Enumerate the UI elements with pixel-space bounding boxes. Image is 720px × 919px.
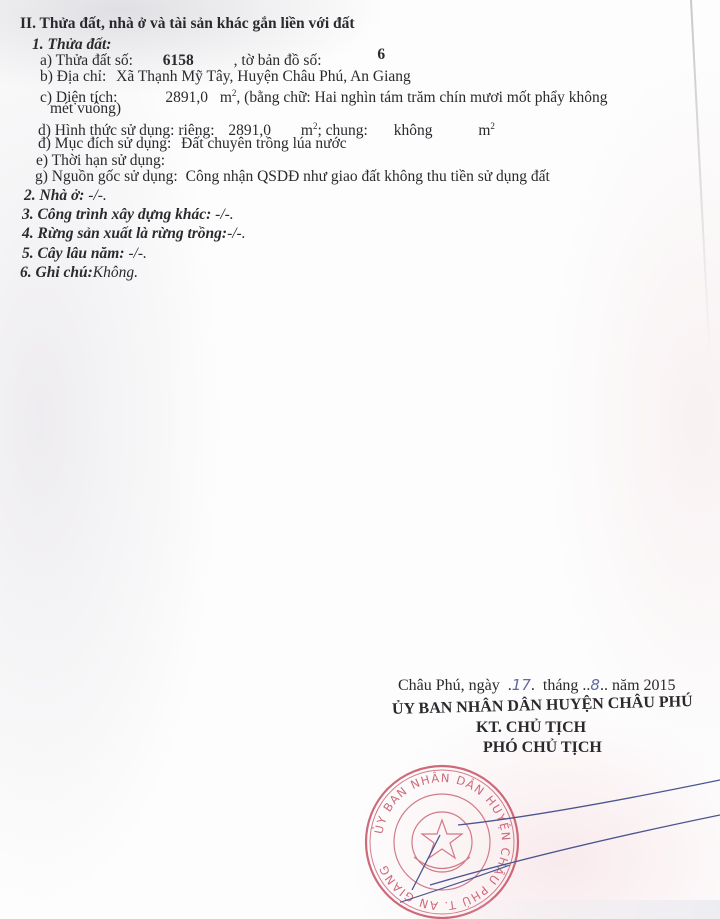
term-label: e) Thời hạn sử dụng:: [36, 152, 165, 169]
item-notes: 6. Ghi chú:Không.: [20, 264, 138, 282]
item-other-construction: 3. Công trình xây dựng khác: -/-.: [22, 206, 234, 224]
handwritten-day: 17: [512, 676, 531, 694]
item-perennial-trees: 5. Cây lâu năm: -/-.: [22, 245, 147, 263]
area-words-continued: mét vuông): [50, 100, 121, 118]
signer-title-1: KT. CHỦ TỊCH: [476, 719, 586, 737]
purpose-value: Đất chuyên trồng lúa nước: [181, 135, 347, 152]
parcel-number-value: 6158: [163, 52, 194, 69]
origin-label: g) Nguồn gốc sử dụng:: [35, 168, 178, 185]
area-unit: m: [220, 89, 232, 106]
origin-value: Công nhận QSDĐ như giao đất không thu ti…: [186, 168, 550, 185]
area-value: 2891,0: [165, 89, 208, 106]
address-value: Xã Thạnh Mỹ Tây, Huyện Châu Phú, An Gian…: [116, 68, 411, 85]
section-title: II. Thửa đất, nhà ở và tài sản khác gắn …: [20, 15, 355, 33]
watermark-band: [450, 900, 720, 919]
map-sheet-label: , tờ bản đồ số:: [234, 52, 322, 69]
purpose-row: đ) Mục đích sử dụng: Đất chuyên trồng lú…: [38, 135, 347, 153]
map-sheet-value: 6: [377, 46, 385, 63]
purpose-label: đ) Mục đích sử dụng:: [38, 135, 171, 152]
usage-common-value: không: [394, 122, 433, 139]
place-date-line: Châu Phú, ngày .17. tháng ..8.. năm 2015: [398, 676, 676, 695]
area-row: c) Diện tích: 2891,0 m2, (bằng chữ: Hai …: [40, 84, 608, 107]
handwritten-month: 8: [590, 676, 600, 694]
parcel-number-label: a) Thửa đất số:: [40, 52, 133, 69]
address-label: b) Địa chỉ:: [40, 68, 106, 85]
area-words: , (bằng chữ: Hai nghìn tám trăm chín mươ…: [236, 89, 607, 106]
signer-title-2: PHÓ CHỦ TỊCH: [483, 739, 602, 757]
signature-mark: [400, 770, 720, 919]
origin-row: g) Nguồn gốc sử dụng: Công nhận QSDĐ như…: [35, 168, 550, 186]
item-house: 2. Nhà ở: -/-.: [24, 187, 107, 205]
item-production-forest: 4. Rừng sản xuất là rừng trồng:-/-.: [22, 225, 246, 243]
